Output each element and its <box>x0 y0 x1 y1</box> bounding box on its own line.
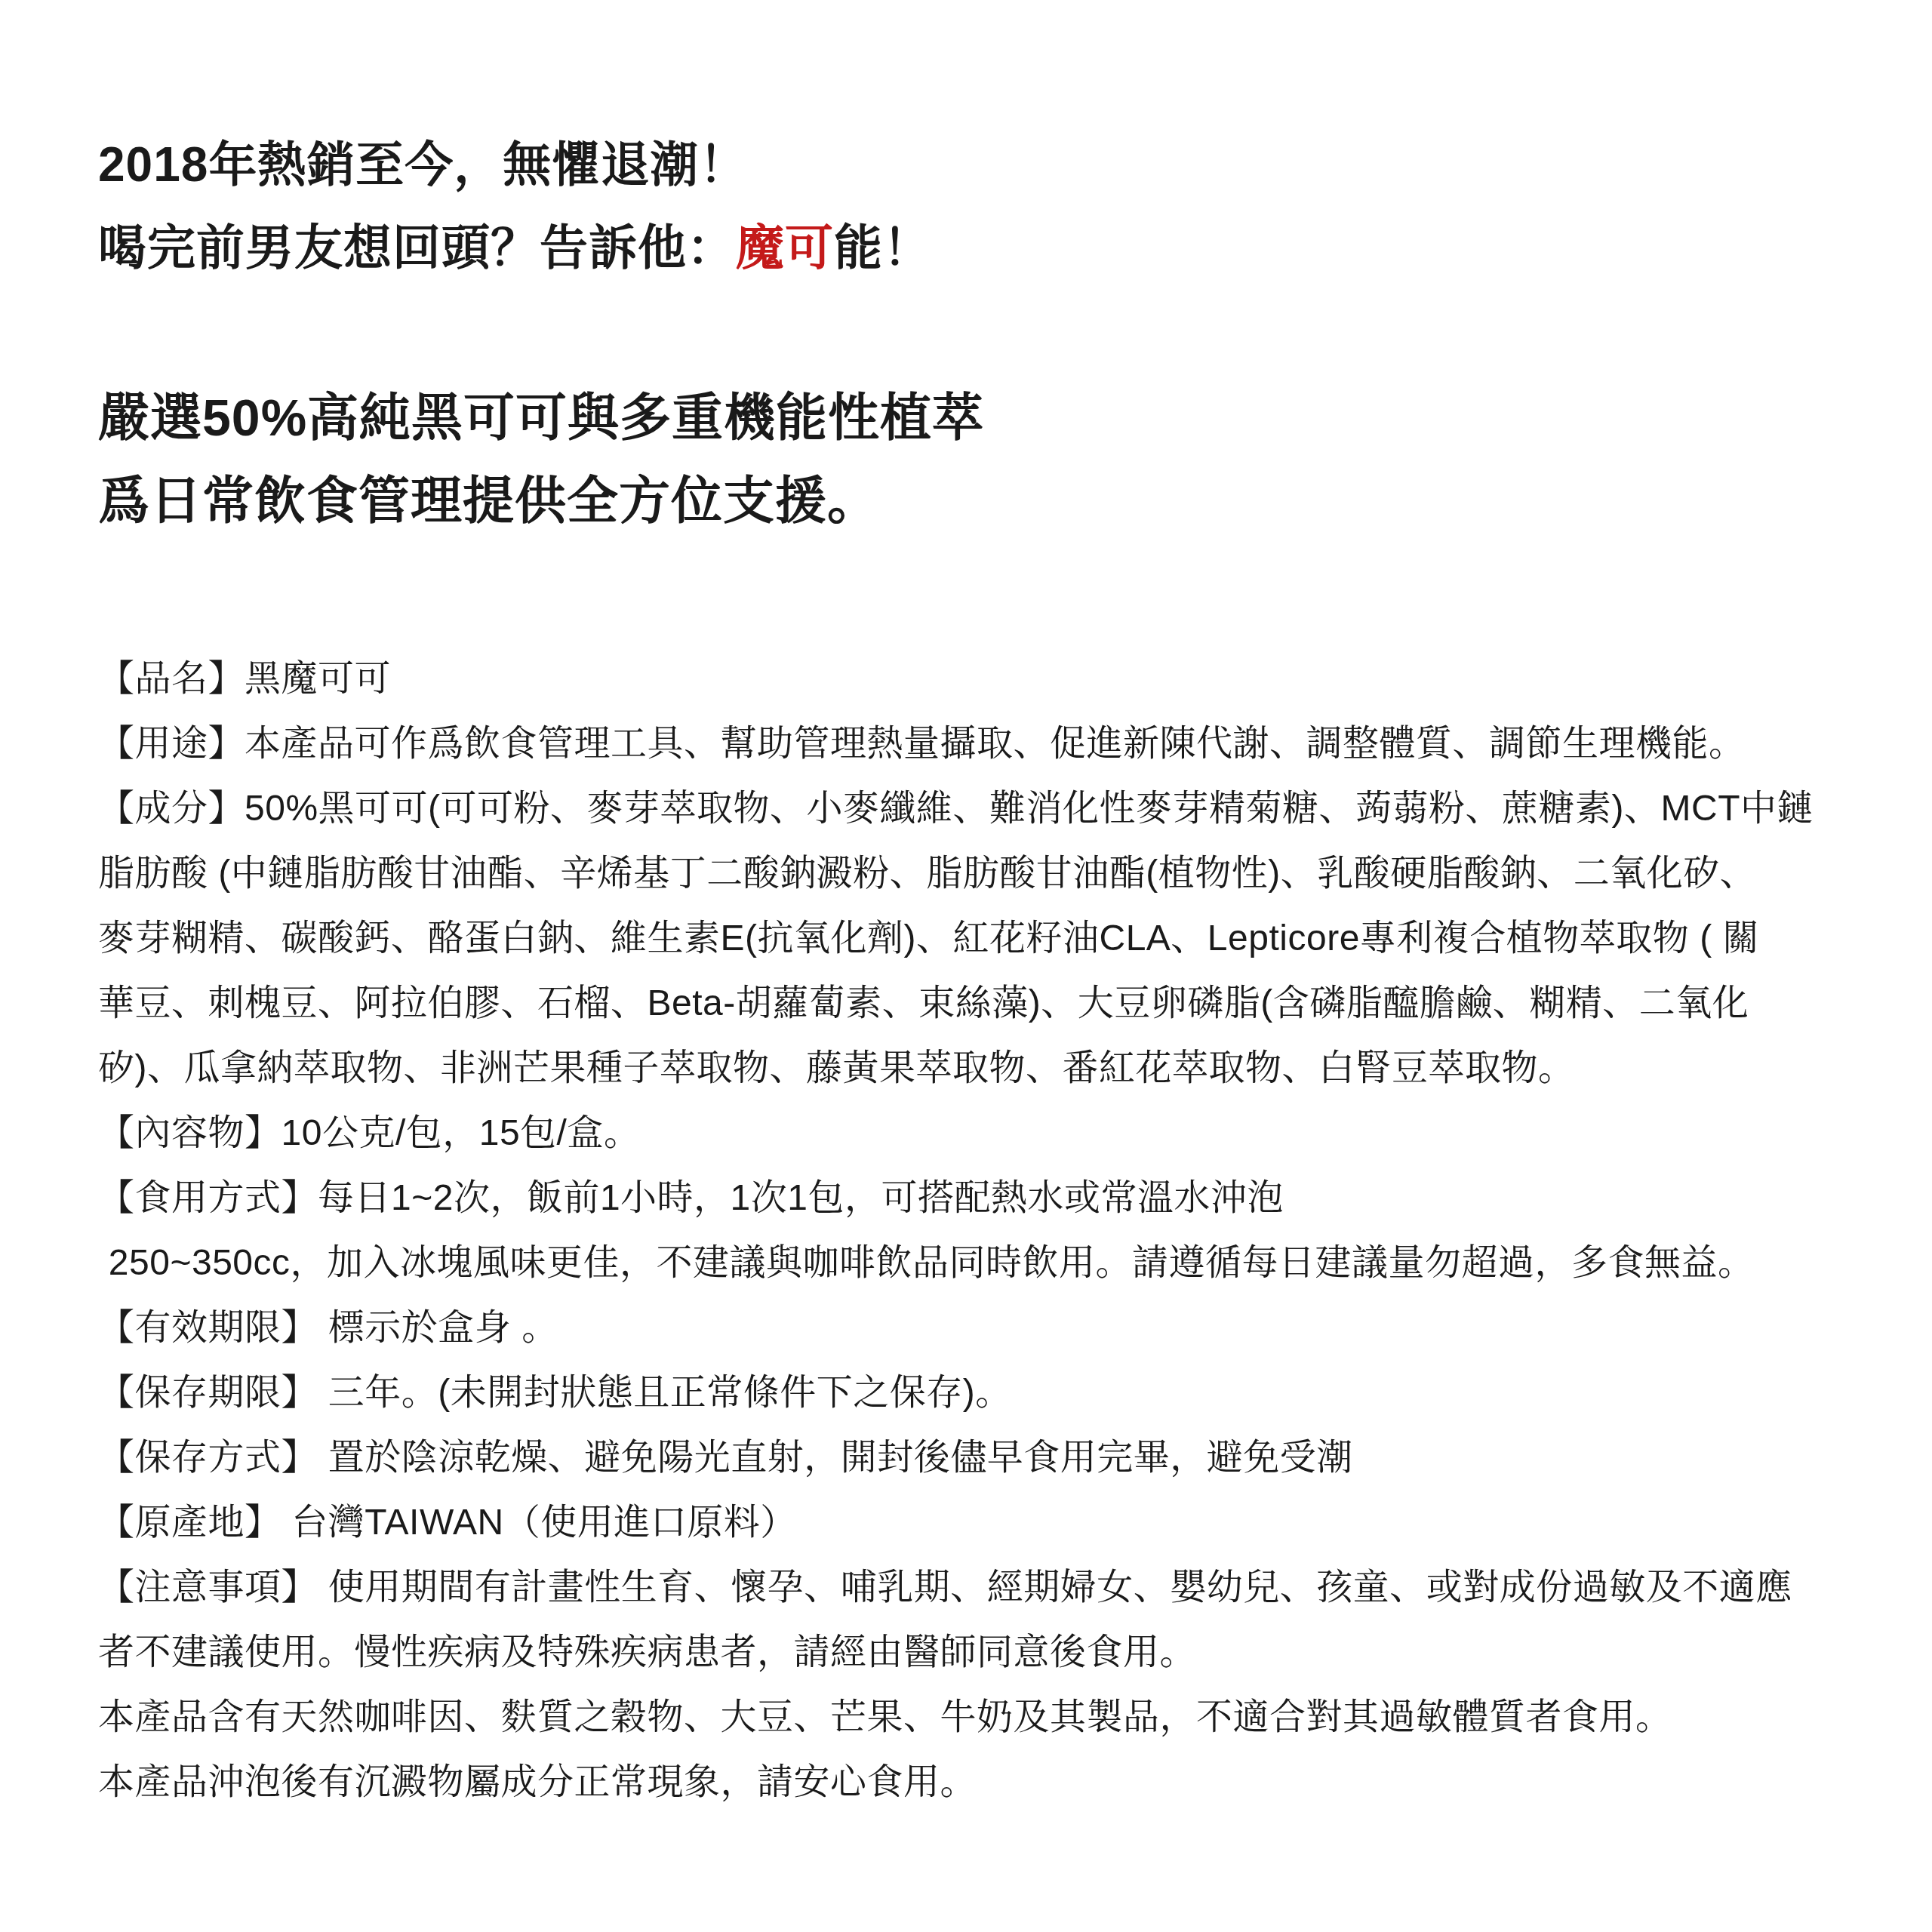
product-name-line: 【品名】黑魔可可 <box>98 647 1879 712</box>
allergen-notice-line: 本產品含有天然咖啡因、麩質之穀物、大豆、芒果、牛奶及其製品，不適合對其過敏體質者… <box>98 1685 1879 1750</box>
precautions-line-2: 者不建議使用。慢性疾病及特殊疾病患者，請經由醫師同意後食用。 <box>98 1620 1879 1685</box>
product-description-page: 2018年熱銷至今，無懼退潮！ 喝完前男友想回頭？告訴他：魔可能！ 嚴選50%高… <box>0 0 1932 1932</box>
serving-method-line-1: 【食用方式】每日1~2次，飯前1小時，1次1包，可搭配熱水或常溫水沖泡 <box>98 1166 1879 1231</box>
hero-tagline-1: 2018年熱銷至今，無懼退潮！ <box>98 123 1879 206</box>
ingredients-line-5: 矽)、瓜拿納萃取物、非洲芒果種子萃取物、藤黃果萃取物、番紅花萃取物、白腎豆萃取物… <box>98 1036 1879 1101</box>
brand-name-highlight: 魔可 <box>736 220 834 275</box>
shelf-life-line: 【保存期限】 三年。(未開封狀態且正常條件下之保存)。 <box>98 1361 1879 1426</box>
hero-tagline-2: 喝完前男友想回頭？告訴他：魔可能！ <box>98 206 1879 289</box>
ingredients-line-2: 脂肪酸 (中鏈脂肪酸甘油酯、辛烯基丁二酸鈉澱粉、脂肪酸甘油酯(植物性)、乳酸硬脂… <box>98 841 1879 906</box>
hero-tagline-2-pre: 喝完前男友想回頭？告訴他： <box>98 220 736 275</box>
expiry-date-line: 【有效期限】 標示於盒身 。 <box>98 1296 1879 1361</box>
contents-line: 【內容物】10公克/包，15包/盒。 <box>98 1101 1879 1166</box>
storage-method-line: 【保存方式】 置於陰涼乾燥、避免陽光直射，開封後儘早食用完畢，避免受潮 <box>98 1426 1879 1491</box>
sediment-notice-line: 本產品沖泡後有沉澱物屬成分正常現象，請安心食用。 <box>98 1750 1879 1815</box>
content-area: 2018年熱銷至今，無懼退潮！ 喝完前男友想回頭？告訴他：魔可能！ 嚴選50%高… <box>0 123 1932 1815</box>
ingredients-line-1: 【成分】50%黑可可(可可粉、麥芽萃取物、小麥纖維、難消化性麥芽精菊糖、蒟蒻粉、… <box>98 777 1879 841</box>
serving-method-line-2: 250~350cc，加入冰塊風味更佳，不建議與咖啡飲品同時飲用。請遵循每日建議量… <box>98 1231 1879 1296</box>
origin-line: 【原產地】 台灣TAIWAN（使用進口原料） <box>98 1491 1879 1555</box>
ingredients-line-4: 華豆、刺槐豆、阿拉伯膠、石榴、Beta-胡蘿蔔素、束絲藻)、大豆卵磷脂(含磷脂醯… <box>98 971 1879 1036</box>
ingredients-line-3: 麥芽糊精、碳酸鈣、酪蛋白鈉、維生素E(抗氧化劑)、紅花籽油CLA、Leptico… <box>98 906 1879 971</box>
hero-subtitle-2: 爲日常飲食管理提供全方位支援。 <box>98 460 1879 543</box>
hero-subtitle-1: 嚴選50%高純黑可可與多重機能性植萃 <box>98 377 1879 460</box>
product-info-block: 【品名】黑魔可可 【用途】本產品可作爲飲食管理工具、幫助管理熱量攝取、促進新陳代… <box>98 647 1879 1815</box>
usage-line: 【用途】本產品可作爲飲食管理工具、幫助管理熱量攝取、促進新陳代謝、調整體質、調節… <box>98 712 1879 777</box>
precautions-line-1: 【注意事項】 使用期間有計畫性生育、懷孕、哺乳期、經期婦女、嬰幼兒、孩童、或對成… <box>98 1555 1879 1620</box>
hero-tagline-2-post: 能！ <box>834 220 932 275</box>
